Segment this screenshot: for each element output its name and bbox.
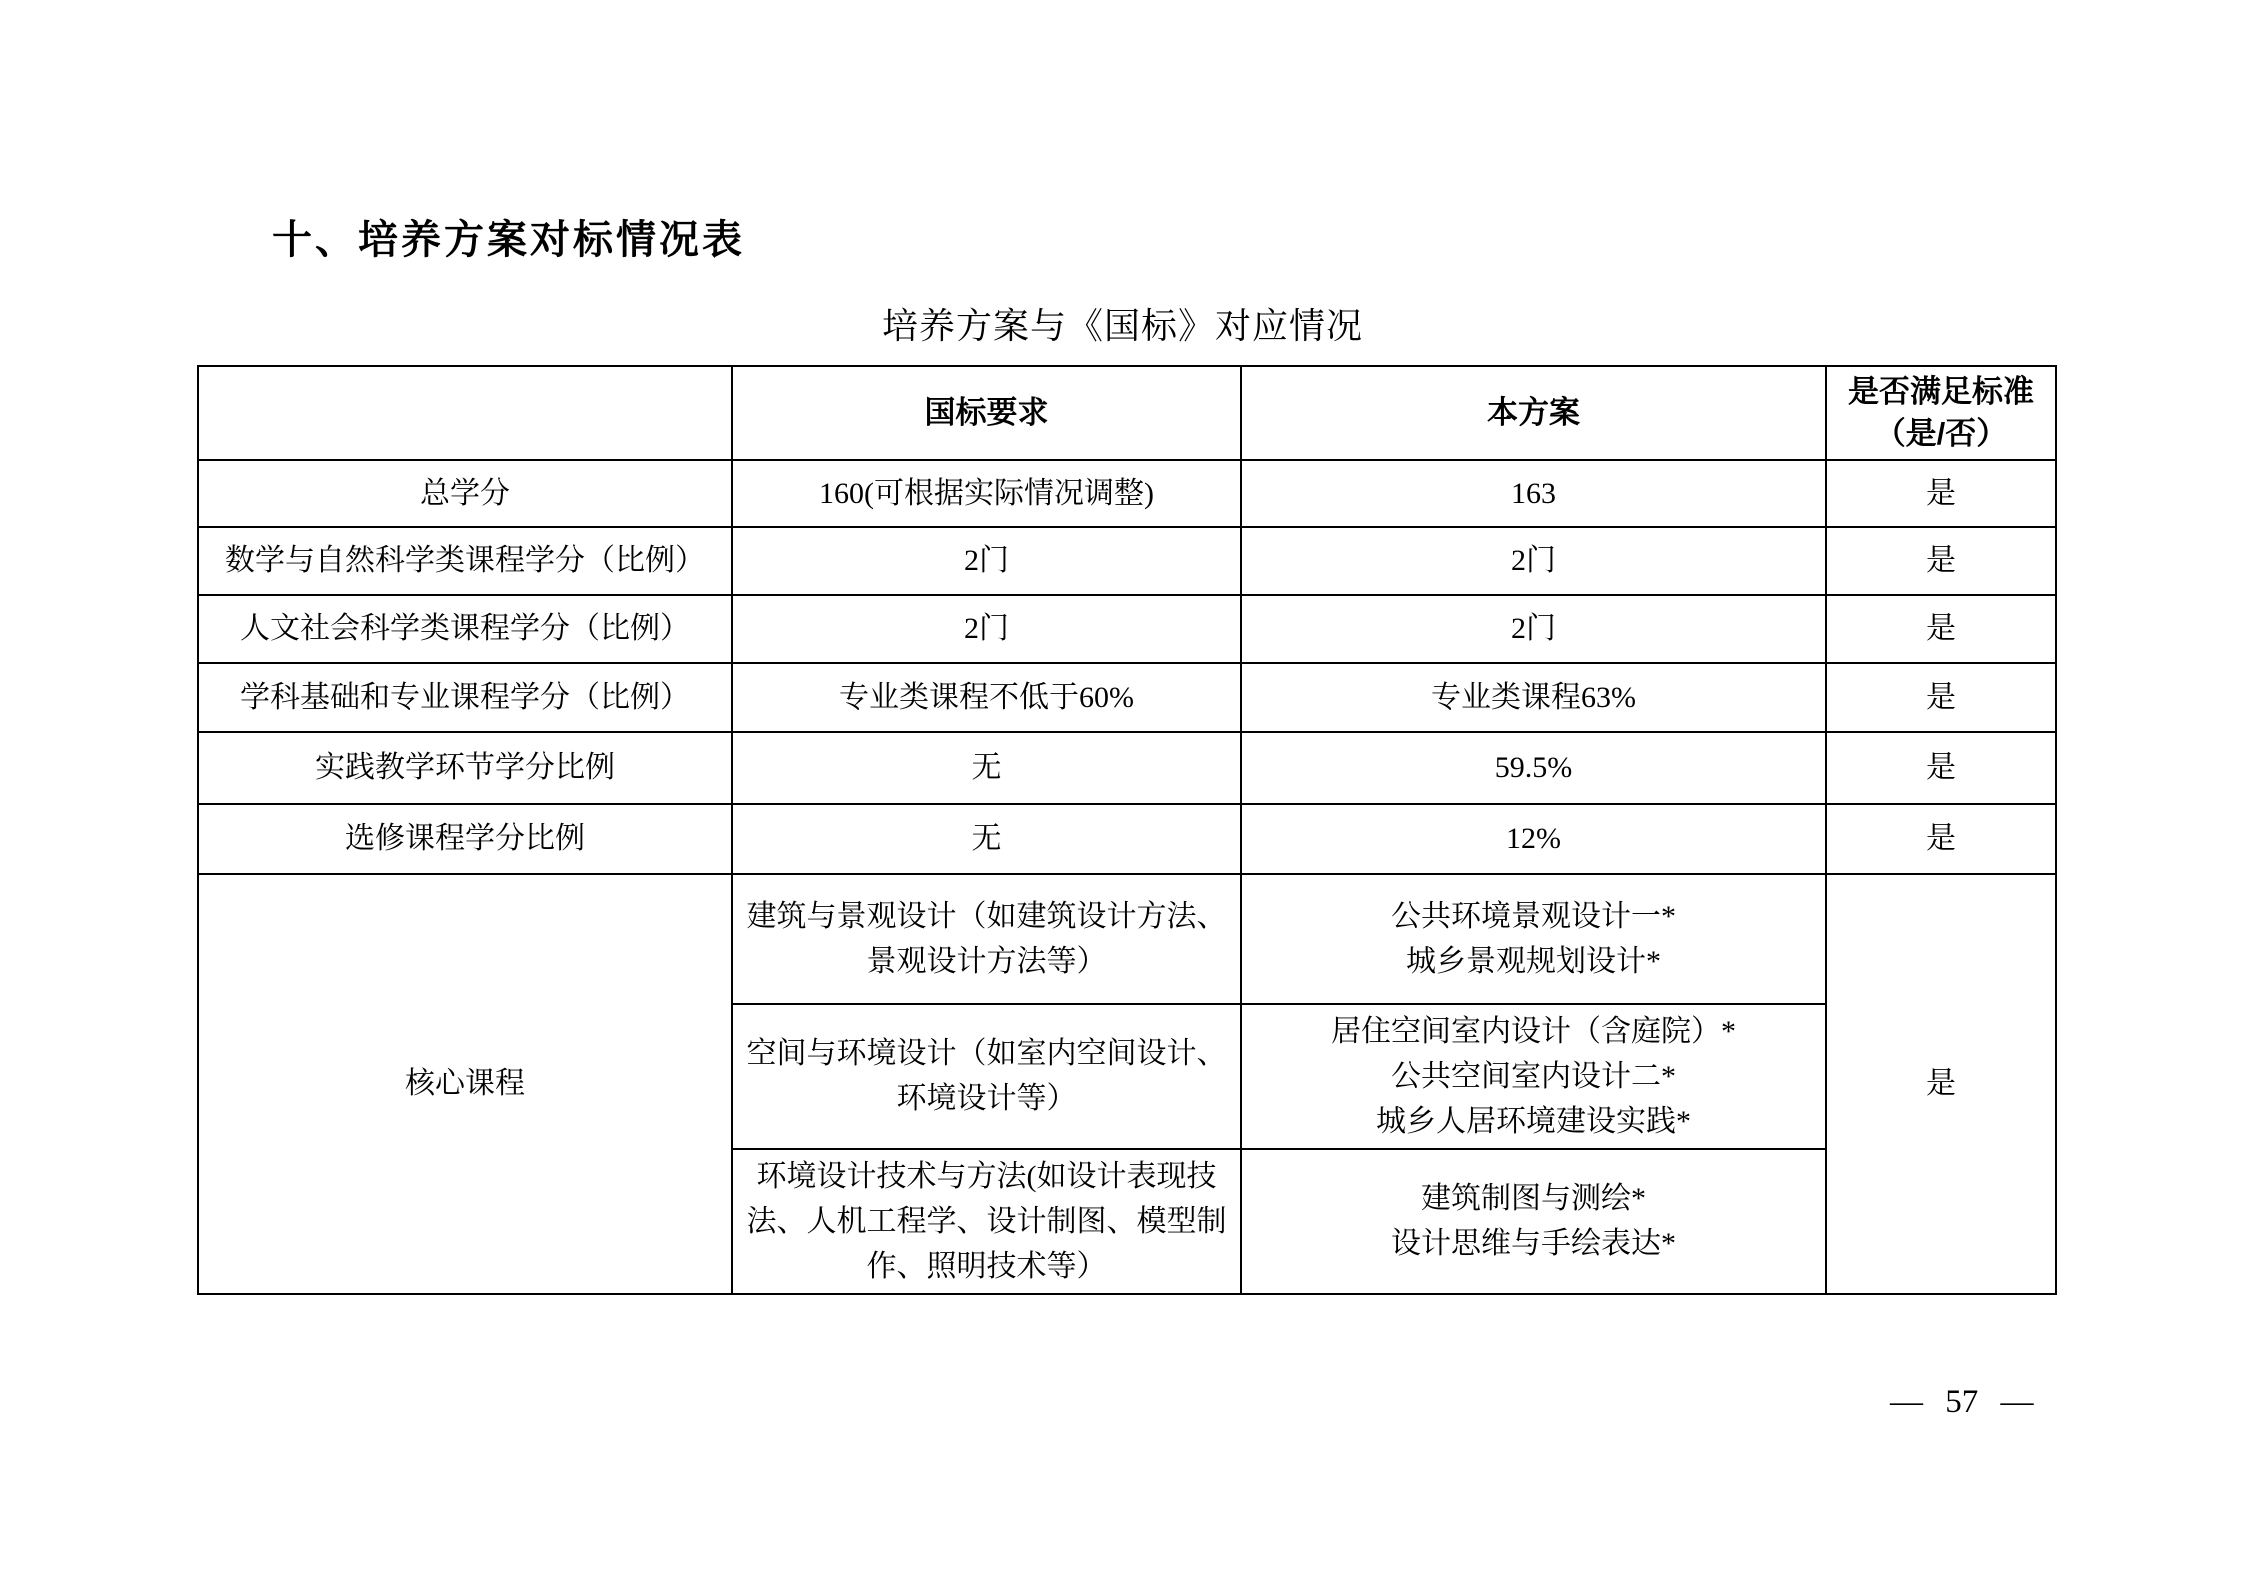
standards-comparison-table: 国标要求 本方案 是否满足标准 （是/否） 总学分 160(可根据实际情况调整)… (197, 365, 2057, 1295)
section-heading: 十、培养方案对标情况表 (272, 208, 745, 265)
cell-meets: 是 (1826, 595, 2056, 663)
table-row: 选修课程学分比例 无 12% 是 (198, 804, 2056, 874)
table-row: 数学与自然科学类课程学分（比例） 2门 2门 是 (198, 527, 2056, 595)
core-course-label: 核心课程 (198, 874, 732, 1294)
row-label: 选修课程学分比例 (198, 804, 732, 874)
header-gb-requirement: 国标要求 (732, 366, 1241, 460)
cell-meets: 是 (1826, 732, 2056, 804)
table-row: 实践教学环节学分比例 无 59.5% 是 (198, 732, 2056, 804)
document-page: 十、培养方案对标情况表 培养方案与《国标》对应情况 国标要求 本方案 是否满足标… (0, 0, 2245, 1587)
header-meets-standard: 是否满足标准 （是/否） (1826, 366, 2056, 460)
row-label: 总学分 (198, 460, 732, 527)
cell-gb-requirement: 无 (732, 804, 1241, 874)
cell-meets: 是 (1826, 663, 2056, 732)
table-row: 人文社会科学类课程学分（比例） 2门 2门 是 (198, 595, 2056, 663)
page-number: — 57 — (1890, 1384, 2034, 1421)
cell-gb-requirement: 环境设计技术与方法(如设计表现技法、人机工程学、设计制图、模型制作、照明技术等） (732, 1149, 1241, 1294)
cell-gb-requirement: 无 (732, 732, 1241, 804)
cell-gb-requirement: 专业类课程不低于60% (732, 663, 1241, 732)
cell-this-plan: 2门 (1241, 527, 1826, 595)
cell-this-plan: 公共环境景观设计一* 城乡景观规划设计* (1241, 874, 1826, 1004)
table-row: 总学分 160(可根据实际情况调整) 163 是 (198, 460, 2056, 527)
header-item-blank (198, 366, 732, 460)
table-header-row: 国标要求 本方案 是否满足标准 （是/否） (198, 366, 2056, 460)
cell-this-plan: 59.5% (1241, 732, 1826, 804)
cell-gb-requirement: 空间与环境设计（如室内空间设计、环境设计等） (732, 1004, 1241, 1149)
header-this-plan: 本方案 (1241, 366, 1826, 460)
cell-this-plan: 专业类课程63% (1241, 663, 1826, 732)
row-label: 实践教学环节学分比例 (198, 732, 732, 804)
table-row: 学科基础和专业课程学分（比例） 专业类课程不低于60% 专业类课程63% 是 (198, 663, 2056, 732)
cell-this-plan: 12% (1241, 804, 1826, 874)
cell-gb-requirement: 2门 (732, 595, 1241, 663)
cell-gb-requirement: 160(可根据实际情况调整) (732, 460, 1241, 527)
table-caption: 培养方案与《国标》对应情况 (0, 298, 2245, 349)
cell-gb-requirement: 建筑与景观设计（如建筑设计方法、景观设计方法等） (732, 874, 1241, 1004)
row-label: 人文社会科学类课程学分（比例） (198, 595, 732, 663)
cell-meets: 是 (1826, 460, 2056, 527)
cell-meets: 是 (1826, 804, 2056, 874)
cell-this-plan: 2门 (1241, 595, 1826, 663)
row-label: 学科基础和专业课程学分（比例） (198, 663, 732, 732)
core-course-row: 核心课程 建筑与景观设计（如建筑设计方法、景观设计方法等） 公共环境景观设计一*… (198, 874, 2056, 1004)
cell-meets: 是 (1826, 527, 2056, 595)
cell-this-plan: 居住空间室内设计（含庭院）* 公共空间室内设计二* 城乡人居环境建设实践* (1241, 1004, 1826, 1149)
cell-this-plan: 建筑制图与测绘* 设计思维与手绘表达* (1241, 1149, 1826, 1294)
cell-gb-requirement: 2门 (732, 527, 1241, 595)
cell-meets: 是 (1826, 874, 2056, 1294)
row-label: 数学与自然科学类课程学分（比例） (198, 527, 732, 595)
cell-this-plan: 163 (1241, 460, 1826, 527)
